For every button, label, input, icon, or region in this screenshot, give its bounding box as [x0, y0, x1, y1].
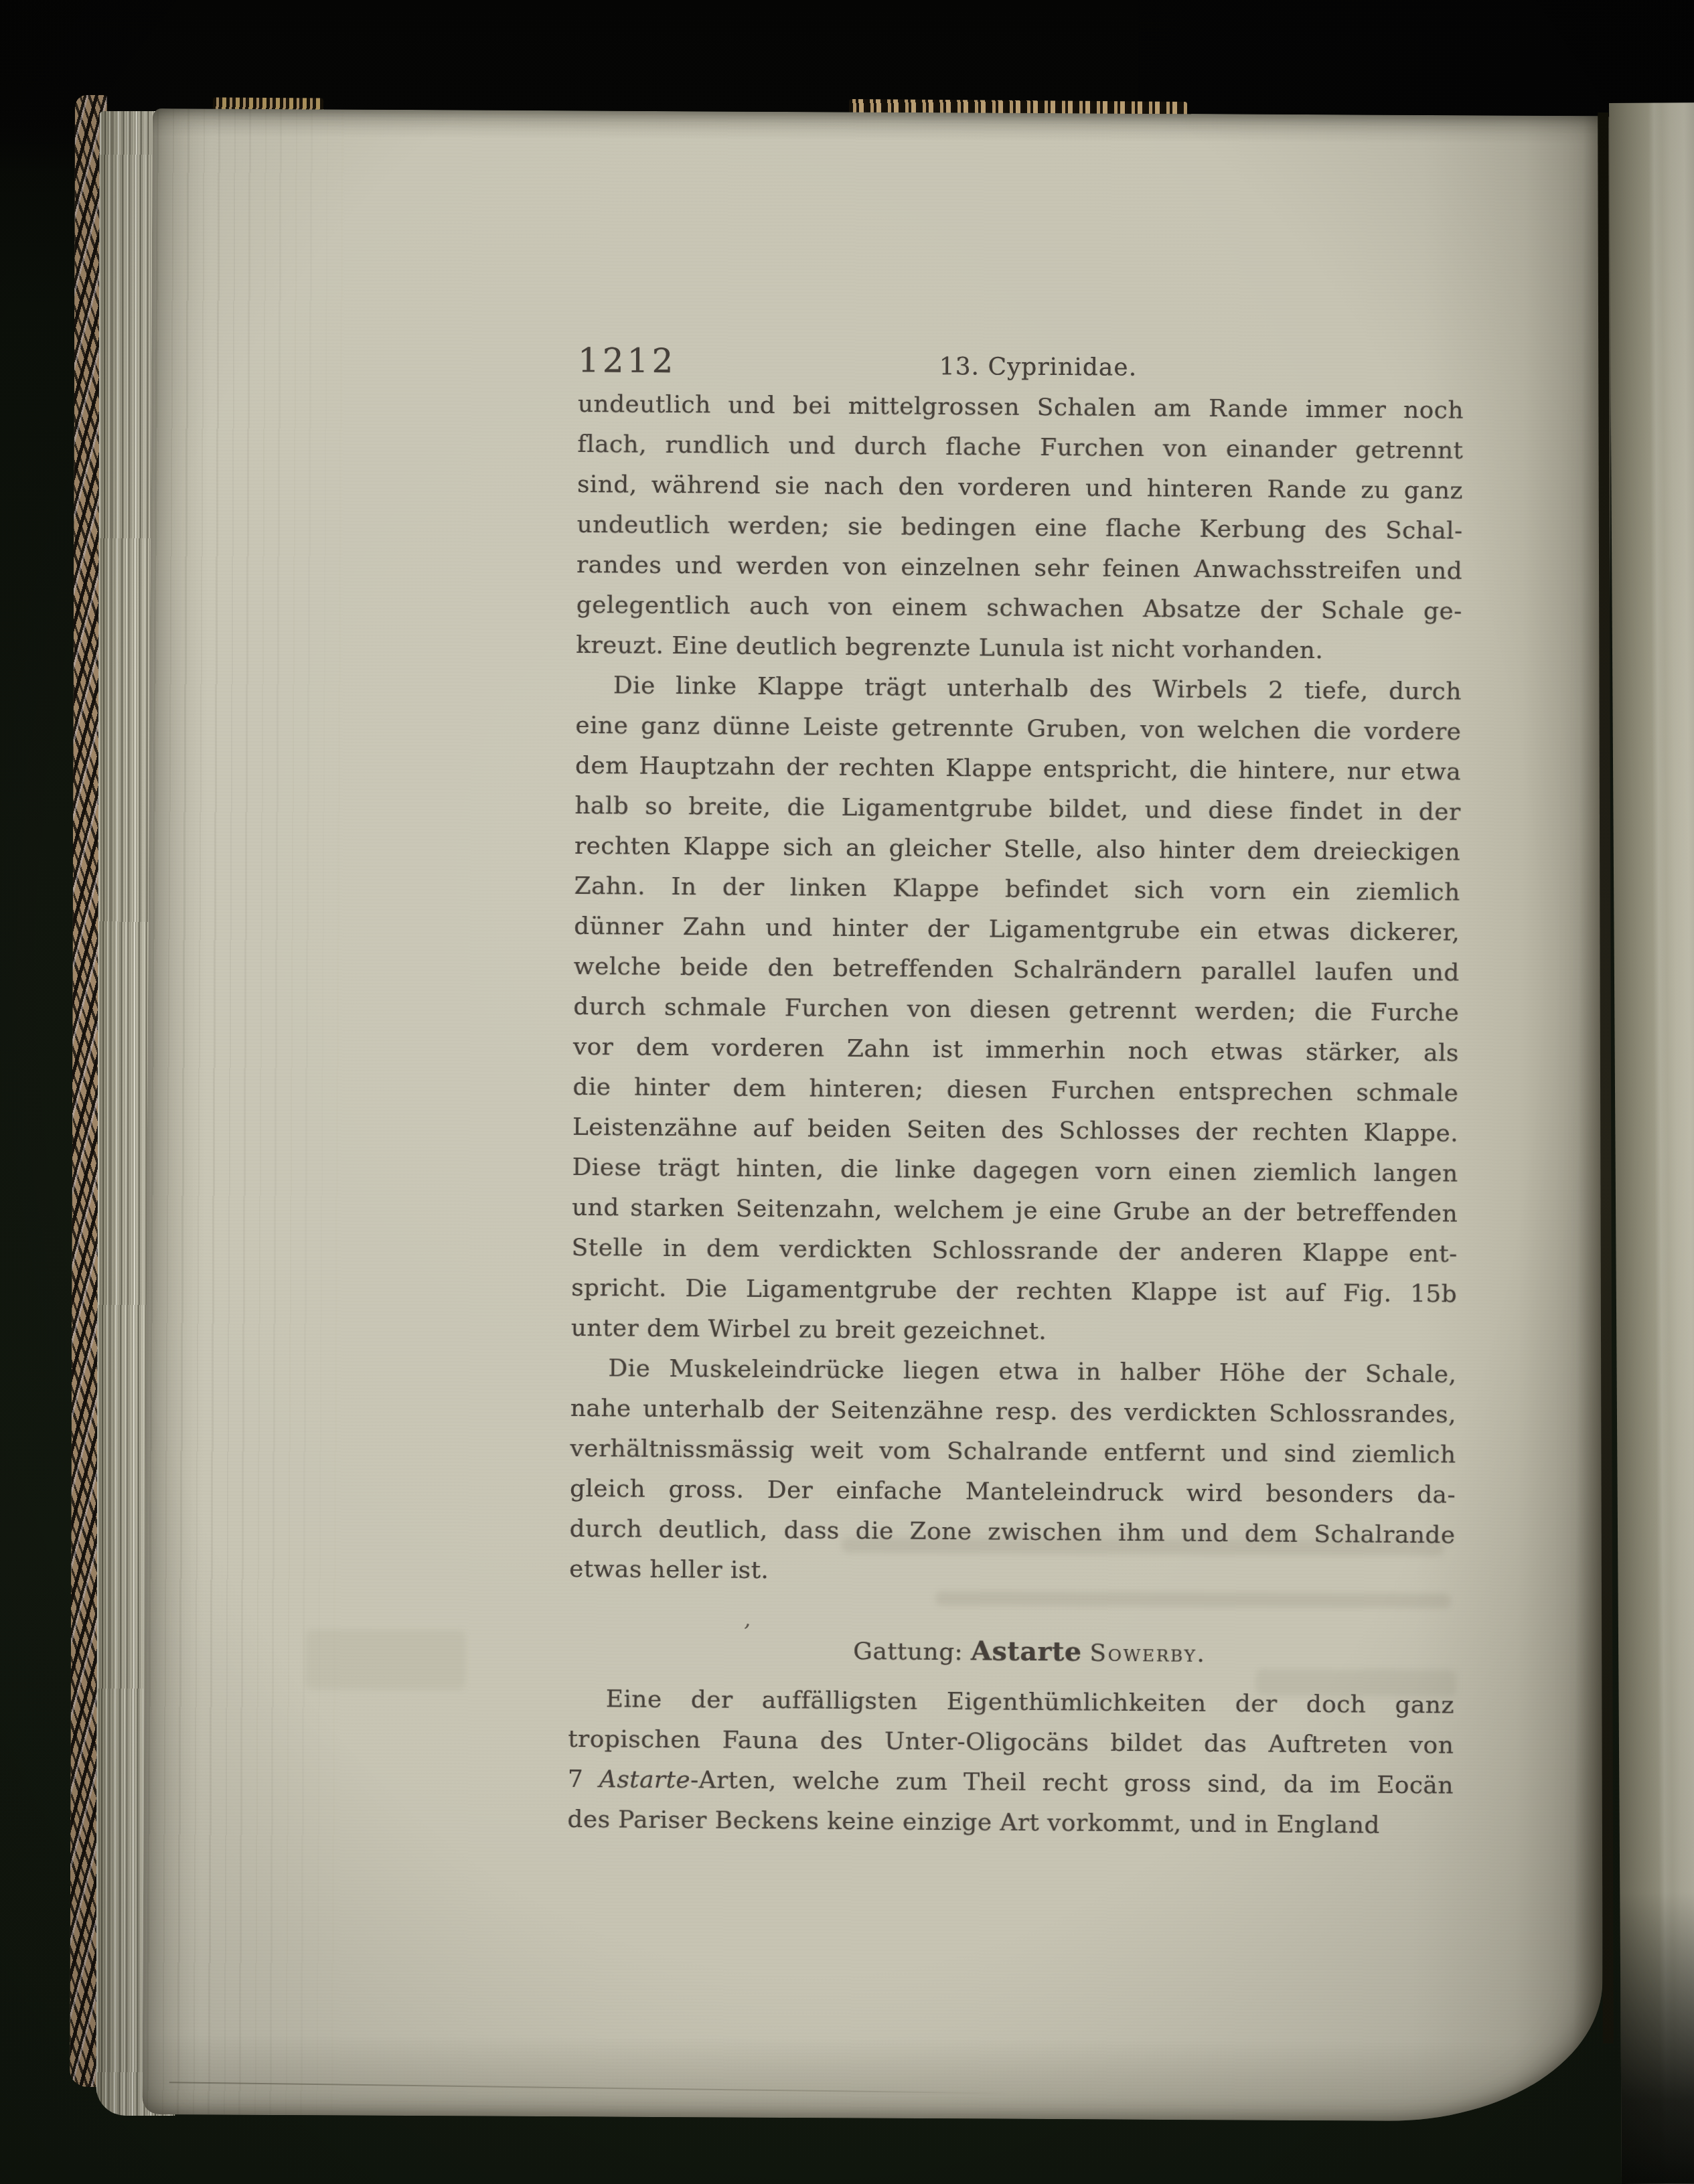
text-line: eine ganz dünne Leiste getrennte Gruben,…: [575, 706, 1461, 753]
ink-showthrough: [305, 1629, 466, 1690]
text-line: Stelle in dem verdickten Schlossrande de…: [571, 1228, 1457, 1275]
text-line: durch schmale Furchen von diesen getrenn…: [573, 987, 1459, 1034]
text-line: dem Hauptzahn der rechten Klappe entspri…: [575, 746, 1461, 793]
running-title: 13. Cyprinidae.: [939, 355, 1137, 380]
text-line: und starken Seitenzahn, welchem je eine …: [572, 1188, 1458, 1235]
text-line: durch deutlich, dass die Zone zwischen i…: [569, 1509, 1455, 1556]
text-line: Zahn. In der linken Klappe befindet sich…: [574, 866, 1460, 913]
text-line: gleich gross. Der einfache Manteleindruc…: [570, 1469, 1456, 1516]
text-line: nahe unterhalb der Seitenzähne resp. des…: [570, 1389, 1456, 1435]
section-heading: Gattung: Astarte Sowerby.: [586, 1628, 1472, 1675]
text-line: Leistenzähne auf beiden Seiten des Schlo…: [572, 1107, 1458, 1154]
text-line: randes und werden von einzelnen sehr fei…: [576, 545, 1462, 592]
text-line: rechten Klappe sich an gleicher Stelle, …: [574, 826, 1460, 873]
text-line: 7 Astarte-Arten, welche zum Theil recht …: [568, 1760, 1454, 1806]
text-line: flach, rundlich und durch flache Furchen…: [577, 424, 1463, 471]
text-line: etwas heller ist.: [569, 1549, 1455, 1596]
text-block: undeutlich und bei mittelgrossen Schalen…: [567, 384, 1464, 1847]
text-line: undeutlich werden; sie bedingen eine fla…: [576, 505, 1462, 552]
text-line: des Pariser Beckens keine einzige Art vo…: [567, 1800, 1453, 1847]
book-photo: 1212 13. Cyprinidae. ’ undeutlich und be…: [0, 0, 1694, 2184]
text-line: spricht. Die Ligamentgrube der rechten K…: [571, 1268, 1457, 1315]
text-line: Die linke Klappe trägt unterhalb des Wir…: [576, 666, 1462, 712]
text-line: die hinter dem hinteren; diesen Furchen …: [572, 1067, 1458, 1114]
text-line: halb so breite, die Ligamentgrube bildet…: [574, 786, 1460, 833]
text-line: undeutlich und bei mittelgrossen Schalen…: [578, 384, 1464, 431]
text-line: verhältnissmässig weit vom Schalrande en…: [570, 1429, 1456, 1476]
page-number: 1212: [578, 343, 677, 378]
text-line: sind, während sie nach den vorderen und …: [577, 465, 1463, 512]
text-line: kreuzt. Eine deutlich begrenzte Lunula i…: [576, 625, 1462, 672]
facing-page-edge: [1609, 102, 1694, 2184]
text-line: vor dem vorderen Zahn ist immerhin noch …: [573, 1027, 1459, 1074]
text-line: gelegentlich auch von einem schwachen Ab…: [576, 585, 1462, 632]
page-edge-streaks: [146, 108, 358, 2116]
text-line: welche beide den betreffenden Schalrände…: [574, 947, 1460, 994]
text-line: Die Muskeleindrücke liegen etwa in halbe…: [570, 1348, 1456, 1395]
text-line: unter dem Wirbel zu breit gezeichnet.: [571, 1308, 1457, 1355]
text-line: dünner Zahn und hinter der Ligamentgrube…: [574, 907, 1460, 953]
text-line: Eine der auffälligsten Eigenthümlichkeit…: [568, 1679, 1454, 1726]
book-page: 1212 13. Cyprinidae. ’ undeutlich und be…: [142, 108, 1612, 2122]
text-line: Diese trägt hinten, die linke dagegen vo…: [572, 1148, 1458, 1194]
text-line: tropischen Fauna des Unter-Oligocäns bil…: [568, 1719, 1454, 1766]
